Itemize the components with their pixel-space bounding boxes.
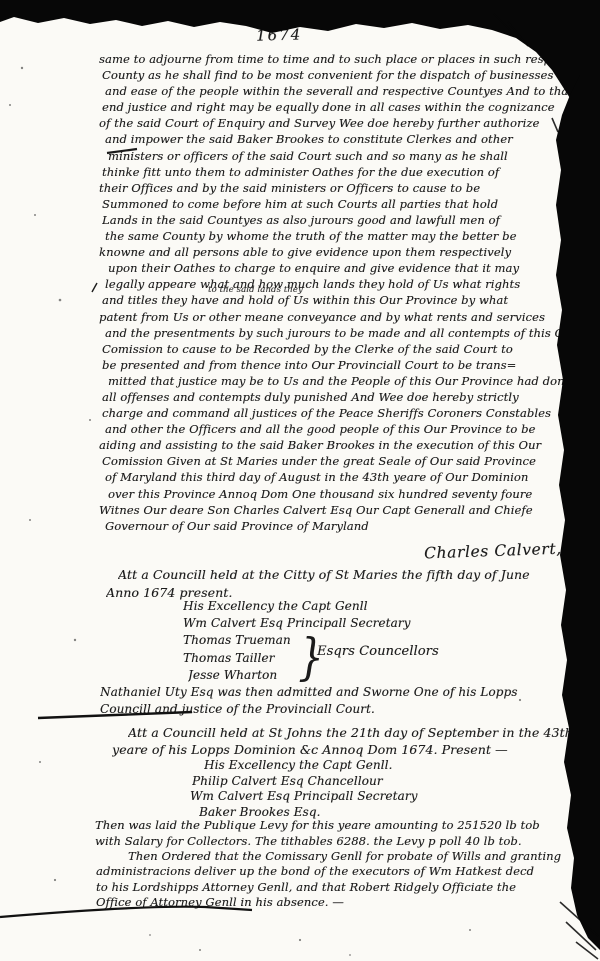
text-line: their Offices and by the said ministers … (99, 180, 568, 196)
text-line: Governour of Our said Province of Maryla… (105, 518, 568, 534)
text-line: legally appeare what and how much lands … (105, 276, 568, 292)
text-line: same to adjourne from time to time and t… (99, 51, 568, 67)
text-line: Office of Attorney Genll in his absence.… (96, 895, 574, 910)
text-line: Lands in the said Countyes as also jurou… (102, 212, 568, 228)
text-line: to his Lordshipps Attorney Genll, and th… (96, 880, 574, 895)
text-line: Then Ordered that the Comissary Genll fo… (128, 849, 574, 864)
june-council-heading: Att a Councill held at the Citty of St M… (106, 566, 576, 602)
text-line: County as he shall find to be most conve… (102, 67, 568, 83)
text-line: thinke fitt unto them to administer Oath… (102, 164, 568, 180)
marginal-tick (92, 283, 97, 292)
text-line: Att a Councill held at the Citty of St M… (118, 566, 576, 584)
interlinear-insertion: to the said lands they (208, 285, 303, 295)
text-line: Wm Calvert Esq Principall Secretary (190, 789, 470, 805)
text-line: Nathaniel Uty Esq was then admitted and … (100, 684, 570, 701)
text-line: the same County by whome the truth of th… (105, 228, 568, 244)
text-line: mitted that justice may be to Us and the… (108, 373, 568, 389)
text-line: and titles they have and hold of Us with… (102, 292, 568, 308)
text-line: Comission Given at St Maries under the g… (102, 453, 568, 469)
text-line: all offenses and contempts duly punished… (102, 389, 568, 405)
text-line: Witnes Our deare Son Charles Calvert Esq… (99, 502, 568, 518)
text-line: Att a Councill held at St Johns the 21th… (128, 724, 577, 741)
text-line: and ease of the people within the severa… (105, 83, 568, 99)
text-line: Comission to cause to be Recorded by the… (102, 341, 568, 357)
september-council-heading: Att a Councill held at St Johns the 21th… (112, 724, 577, 758)
text-line: patent from Us or other meane conveyance… (99, 309, 568, 325)
text-line: yeare of his Lopps Dominion &c Annoq Dom… (112, 741, 577, 758)
text-line: ministers or officers of the said Court … (108, 148, 568, 164)
text-line: end justice and right may be equally don… (102, 99, 568, 115)
councellors-brace-label: Esqrs Councellors (317, 644, 439, 659)
text-line: Summoned to come before him at such Cour… (102, 196, 568, 212)
manuscript-page: 1674 same to adjourne from time to time … (0, 0, 600, 961)
charles-calvert-signature: Charles Calvert, (424, 540, 562, 563)
public-levy-paragraph: Then was laid the Publique Levy for this… (95, 818, 573, 849)
text-line: His Excellency the Capt Genll (183, 598, 443, 615)
text-line: upon their Oathes to charge to enquire a… (108, 260, 568, 276)
text-line: of the said Court of Enquiry and Survey … (99, 115, 568, 131)
commission-paragraph: same to adjourne from time to time and t… (102, 51, 568, 534)
text-line: of Maryland this third day of August in … (105, 469, 568, 485)
text-line: His Excellency the Capt Genll. (204, 758, 470, 774)
text-line: knowne and all persons able to give evid… (99, 244, 568, 260)
text-line: be presented and from thence into Our Pr… (102, 357, 568, 373)
text-line: charge and command all justices of the P… (102, 405, 568, 421)
text-line: over this Province Annoq Dom One thousan… (108, 486, 568, 502)
text-line: and other the Officers and all the good … (105, 421, 568, 437)
text-line: and impower the said Baker Brookes to co… (105, 131, 568, 147)
text-line: Councill and justice of the Provinciall … (100, 701, 570, 718)
page-year-header: 1674 (256, 25, 303, 44)
text-line: aiding and assisting to the said Baker B… (99, 437, 568, 453)
september-council-attendees: His Excellency the Capt Genll.Philip Cal… (190, 758, 470, 820)
attorney-general-order-paragraph: Then Ordered that the Comissary Genll fo… (96, 849, 574, 910)
text-line: administracions deliver up the bond of t… (96, 864, 574, 879)
text-line: Then was laid the Publique Levy for this… (95, 818, 573, 834)
uty-admission-paragraph: Nathaniel Uty Esq was then admitted and … (100, 684, 570, 717)
text-line: Philip Calvert Esq Chancellour (192, 774, 470, 790)
text-line: with Salary for Collectors. The tithable… (95, 834, 573, 850)
text-line: and the presentments by such jurours to … (105, 325, 568, 341)
